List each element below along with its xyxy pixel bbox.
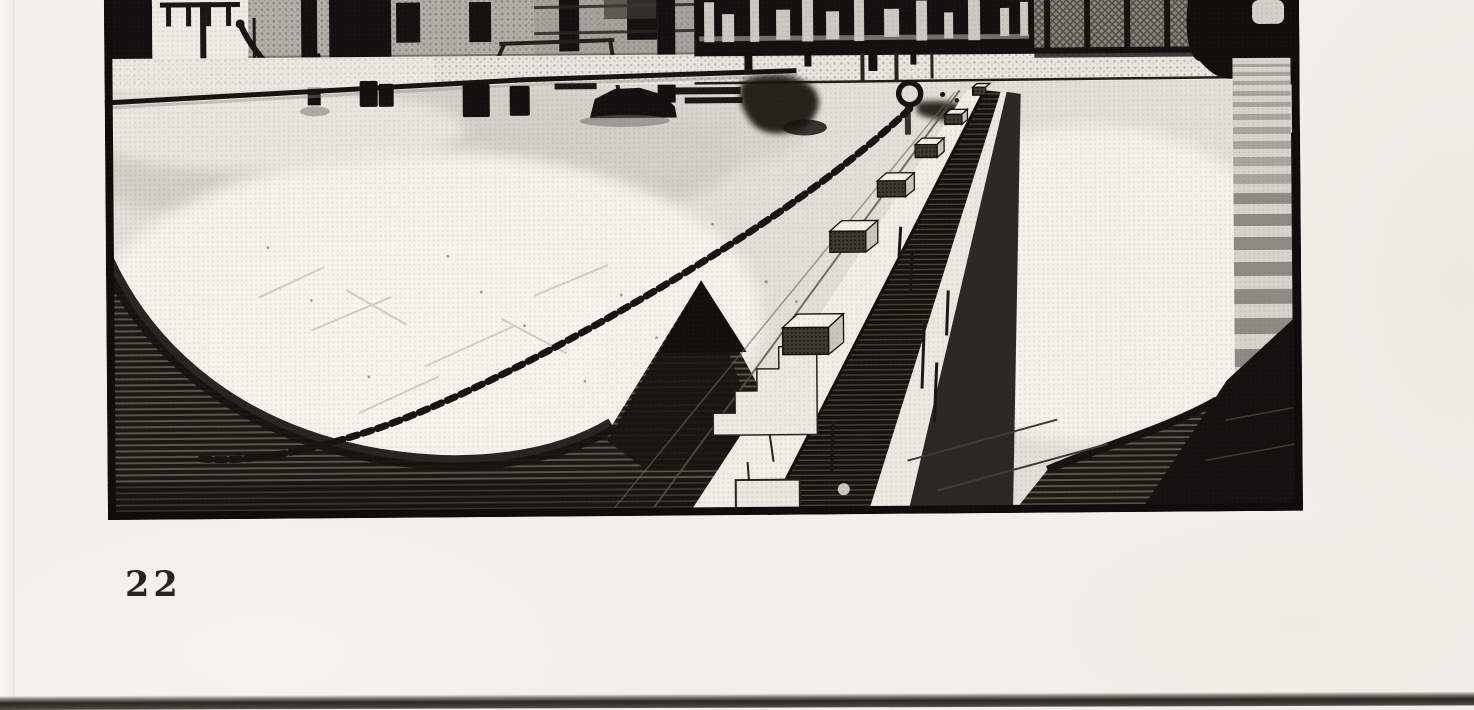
scan-edge-shading [0,0,15,710]
halftone-veil [104,0,1303,520]
scanned-page: 22 [0,0,1474,710]
pool-illustration-frame [104,0,1303,520]
page-number: 22 [125,564,182,605]
pool-illustration [104,0,1303,520]
book-page-edge [0,691,1474,710]
